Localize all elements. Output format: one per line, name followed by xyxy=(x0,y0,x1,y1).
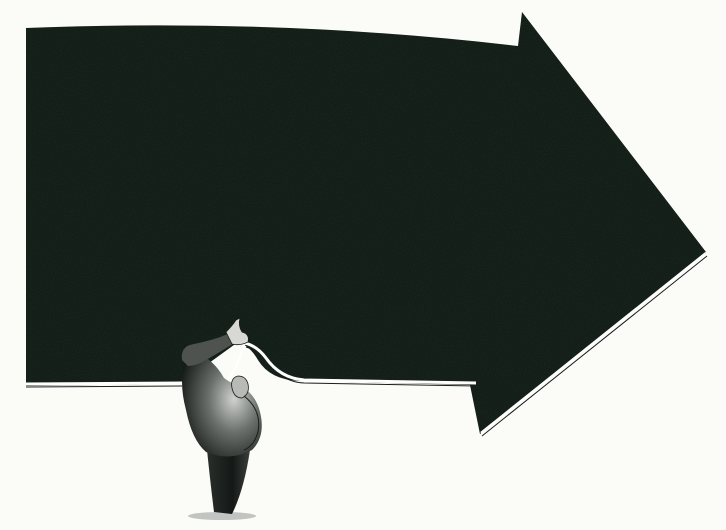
arrow-texture xyxy=(26,12,706,434)
arrow-shape xyxy=(26,12,707,436)
arrow-bottom-edge-left xyxy=(26,383,182,384)
figure-body xyxy=(182,352,262,457)
figure-shadow xyxy=(188,512,256,520)
illustration-scene xyxy=(0,0,726,530)
illustration-canvas xyxy=(0,0,726,530)
